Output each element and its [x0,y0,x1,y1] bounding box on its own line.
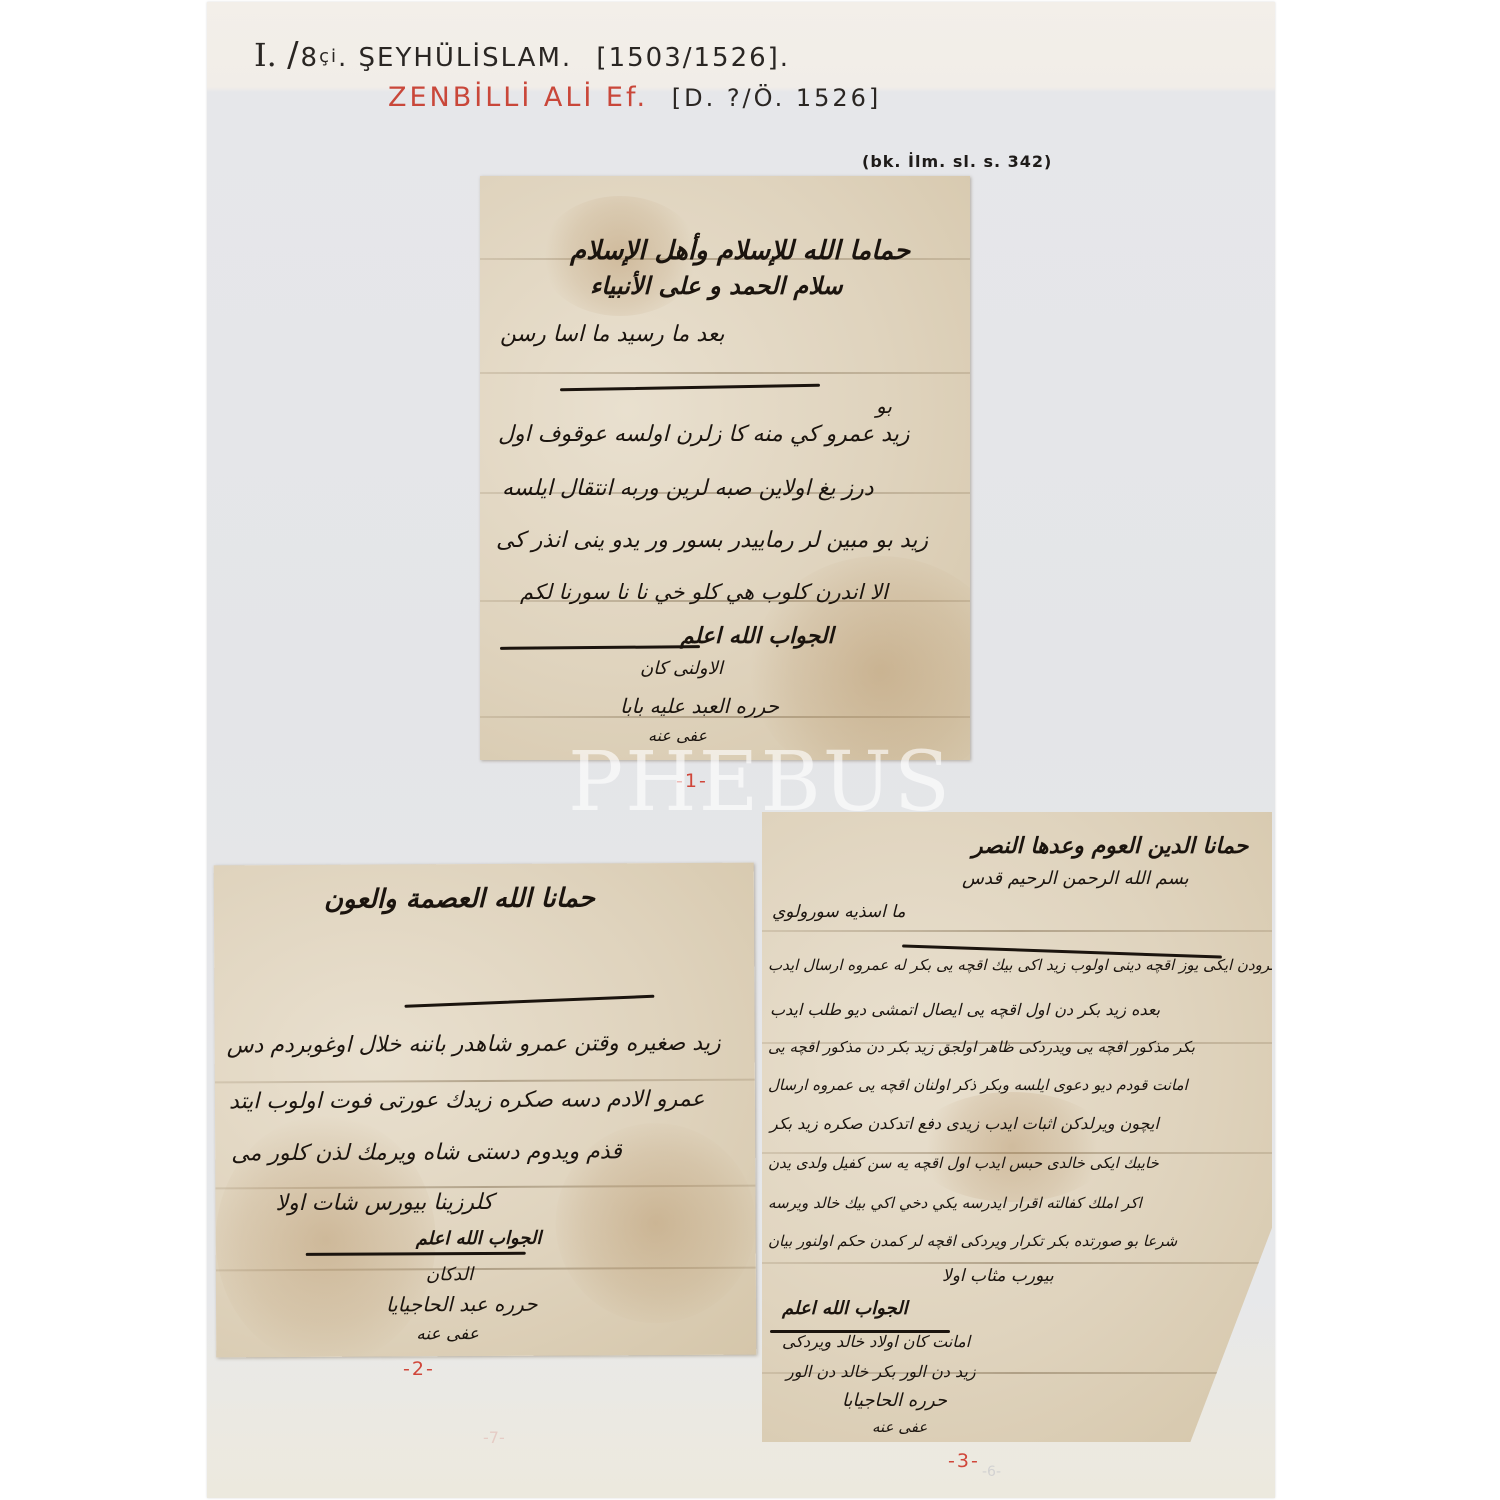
header-title-line: I. /8çi. ŞEYHÜLİSLAM. [1503/1526]. [254,35,790,75]
text-line: شرعا بو صورتده بكر تكرار ويردكى اقچه لر … [768,1232,1177,1250]
text-line: بو زيد عمرودن ايكى يوز اقچه دينى اولوب ز… [768,956,1272,974]
person-name: ZENBİLLİ ALİ Ef. [388,82,648,113]
term-years: [1503/1526]. [596,43,790,73]
text-line: ايچون ويرلدكن اثبات ايدب زيدى دفع اتدكدن… [770,1114,1159,1133]
answer-heading: الجواب الله اعلم [680,624,834,649]
manuscript-3: حمانا الدين العوم وعدها النصر بسم الله ا… [762,812,1272,1442]
text-line: الا اندرن كلوب هي كلو خي نا نا سورنا لكم [520,580,888,604]
signature-note: عفى عنه [648,726,707,745]
answer-text: زيد دن الور بكر خالد دن الور [786,1362,976,1381]
signature: حرره العبد عليه بابا [620,694,779,718]
invocation-line: حماما الله للإسلام وأهل الإسلام [570,236,910,266]
text-line: كلرزينا بيورس شات اولا [275,1190,493,1216]
ink-rule [404,995,654,1008]
document-number-3: -3- [948,1450,980,1472]
invocation-line: بعد ما رسيد ما اسا رسن [500,322,725,347]
answer-heading: الجواب الله اعلم [416,1228,542,1250]
text-line: عمرو الادم دسه صكره زيدك عورتى فوت اولوب… [229,1087,705,1114]
invocation-line: حمانا الدين العوم وعدها النصر [972,834,1248,859]
document-number-1: -1- [676,770,708,792]
signature-note: عفى عنه [872,1418,927,1436]
answer-text: الدكان [426,1264,473,1285]
ink-rule [560,384,820,392]
text-line: ما اسذيه سورولوي [772,902,906,922]
ordinal-suffix: çi [319,46,338,67]
text-line: امانت قودم ديو دعوى ايلسه وبكر ذكر اولنا… [768,1076,1188,1094]
text-line: بعده زيد بكر دن اول اقچه يى ايصال اتمشى … [770,1000,1160,1019]
signature: حرره عبد الحاجيايا [386,1292,538,1317]
answer-text: امانت كان اولاد خالد ويردكى [782,1332,970,1351]
reference-note: (bk. İlm. sl. s. 342) [862,152,1052,171]
faint-number-mark: -6- [982,1464,1001,1480]
answer-heading: الجواب الله اعلم [782,1298,908,1319]
invocation-line: بسم الله الرحمن الرحيم قدس [962,868,1189,889]
signature-note: عفى عنه [416,1324,479,1344]
ink-rule [306,1252,526,1256]
life-dates: [D. ?/Ö. 1526] [672,84,882,112]
manuscript-1: حماما الله للإسلام وأهل الإسلام سلام الح… [480,176,970,760]
text-line: اكر املك كفالته اقرار ايدرسه يكي دخي اكي… [768,1194,1142,1212]
document-number-2: -2- [403,1358,435,1380]
faint-number-mark: -7- [483,1428,505,1447]
text-line: زيد صغيره وقتن عمرو شاهدر باننه خلال اوغ… [227,1031,721,1059]
text-line: بو [876,394,892,418]
ink-rule [500,645,700,650]
volume-number: I. [254,36,277,74]
fold-line [762,1262,1272,1264]
slash: / [287,35,300,75]
ordinal-number: 8 [301,43,320,73]
text-line: زيد عمرو كي منه كا زلرن اولسه عوقوف اول [498,422,909,447]
answer-text: الاولنى كان [640,658,723,679]
text-line: خايبك ايكى خالدى حبس ايدب اول اقچه يه سن… [768,1154,1159,1172]
manuscript-2: حمانا الله العصمة والعون زيد صغيره وقتن … [214,863,757,1358]
text-line: بكر مذكور اقچه يى ويدردكى ظاهر اولجق زيد… [768,1038,1195,1056]
text-line: زيد بو مبين لر رماييدر بسور ور يدو ينى ا… [496,528,928,553]
fold-line [762,930,1272,932]
fold-line [480,372,970,374]
fold-line [215,1079,755,1084]
signature: حرره الحاجيابا [842,1390,947,1411]
text-line: بيورب مثاب اولا [942,1266,1054,1286]
water-stain [912,1092,1112,1202]
text-line: قذم ويدوم دستى شاه ويرمك لذن كلور مى [231,1139,622,1166]
header-name-line: ZENBİLLİ ALİ Ef. [D. ?/Ö. 1526] [388,82,881,113]
office-title: . ŞEYHÜLİSLAM. [338,43,572,73]
text-line: درز يغ اولاين صبه لرين وربه انتقال ايلسه [502,476,874,501]
invocation-line: سلام الحمد و على الأنبياء [590,272,843,300]
invocation-line: حمانا الله العصمة والعون [324,883,595,914]
